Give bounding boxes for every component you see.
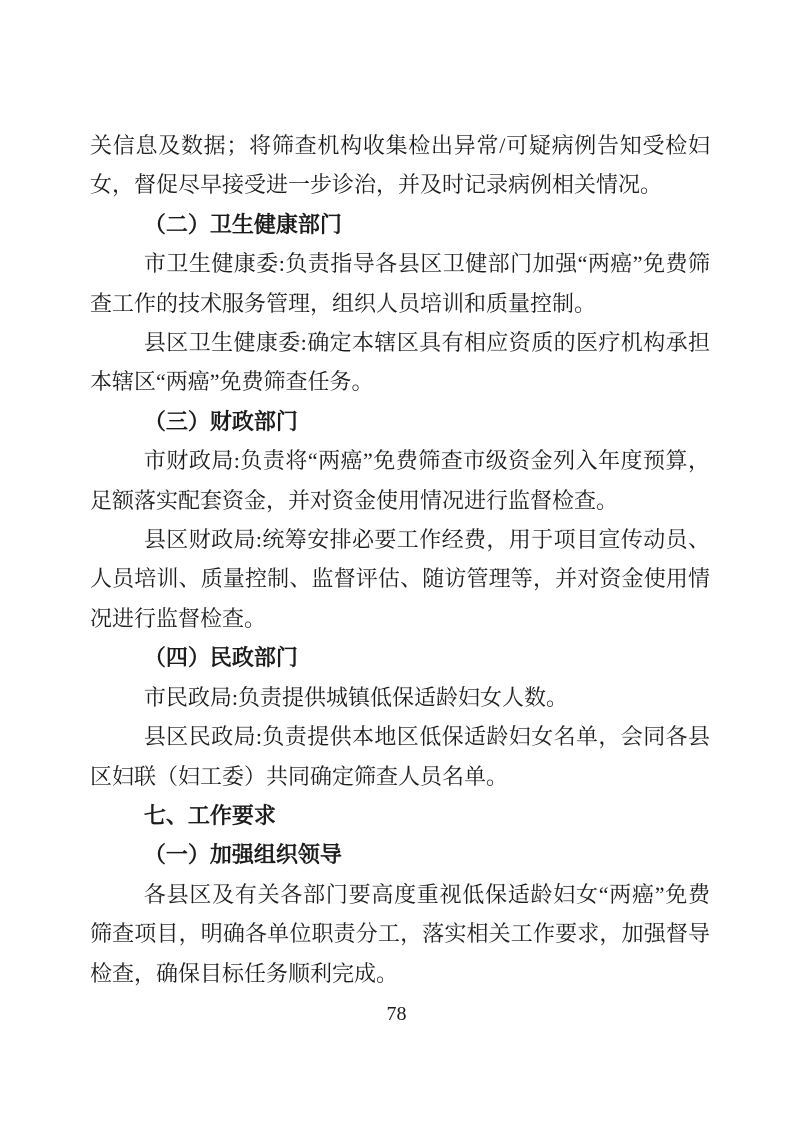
body-paragraph: 各县区及有关各部门要高度重视低保适龄妇女“两癌”免费筛查项目，明确各单位职责分工… — [90, 875, 710, 993]
body-paragraph: 县区民政局:负责提供本地区低保适龄妇女名单，会同各县区妇联（妇工委）共同确定筛查… — [90, 717, 710, 796]
document-text-block: 关信息及数据；将筛查机构收集检出异常/可疑病例告知受检妇女，督促尽早接受进一步诊… — [90, 126, 710, 993]
chapter-heading-work-requirements: 七、工作要求 — [90, 796, 710, 835]
body-paragraph: 县区卫生健康委:确定本辖区具有相应资质的医疗机构承担本辖区“两癌”免费筛查任务。 — [90, 323, 710, 402]
body-paragraph: 市民政局:负责提供城镇低保适龄妇女人数。 — [90, 678, 710, 717]
section-heading-civil-affairs-department: （四）民政部门 — [90, 638, 710, 677]
body-paragraph: 市财政局:负责将“两癌”免费筛查市级资金列入年度预算，足额落实配套资金，并对资金… — [90, 441, 710, 520]
section-heading-strengthen-leadership: （一）加强组织领导 — [90, 835, 710, 874]
section-heading-health-department: （二）卫生健康部门 — [90, 205, 710, 244]
document-page: 关信息及数据；将筛查机构收集检出异常/可疑病例告知受检妇女，督促尽早接受进一步诊… — [0, 0, 793, 1122]
body-paragraph: 县区财政局:统筹安排必要工作经费，用于项目宣传动员、人员培训、质量控制、监督评估… — [90, 520, 710, 638]
page-number: 78 — [0, 1003, 793, 1026]
body-paragraph-continuation: 关信息及数据；将筛查机构收集检出异常/可疑病例告知受检妇女，督促尽早接受进一步诊… — [90, 126, 710, 205]
section-heading-finance-department: （三）财政部门 — [90, 402, 710, 441]
body-paragraph: 市卫生健康委:负责指导各县区卫健部门加强“两癌”免费筛查工作的技术服务管理，组织… — [90, 244, 710, 323]
